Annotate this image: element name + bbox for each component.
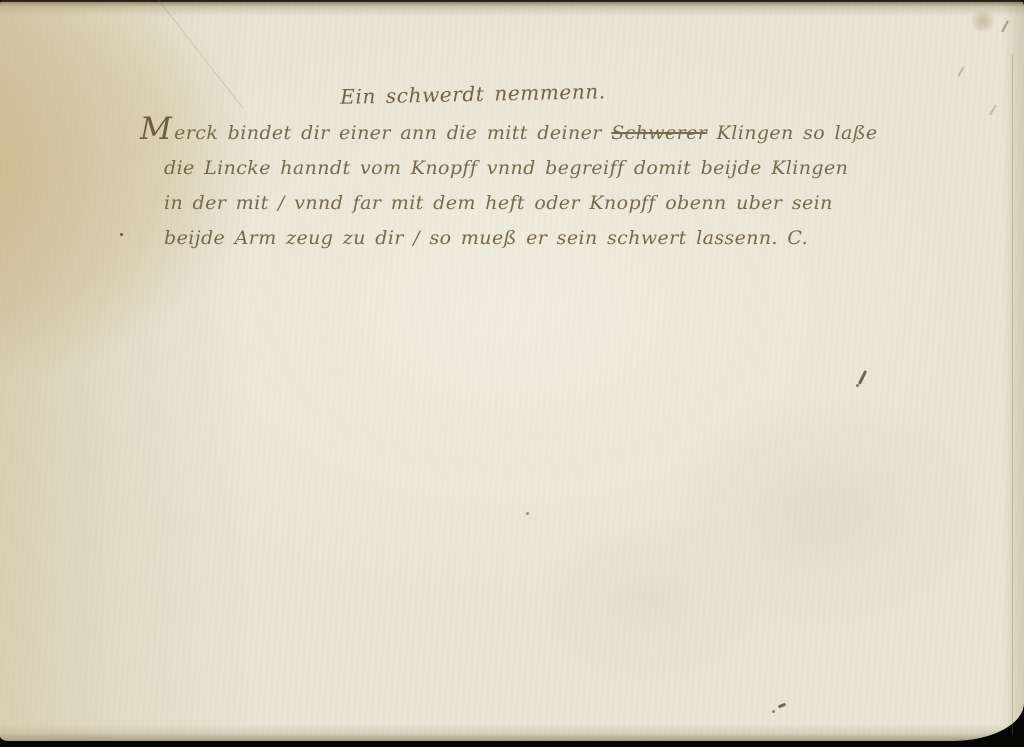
struck-word: Schwerer xyxy=(611,122,707,144)
ornate-initial: M xyxy=(140,111,172,147)
text-line: beijde Arm zeug zu dir / so mueß er sein… xyxy=(140,221,920,256)
text-line-1: erck bindet dir einer ann die mitt deine… xyxy=(174,122,611,144)
text-line: in der mit / vnnd far mit dem heft oder … xyxy=(140,186,920,221)
page-right-edge-line xyxy=(1012,55,1013,735)
page-title: Ein schwerdt nemmenn. xyxy=(338,79,608,109)
ink-stroke xyxy=(858,370,867,385)
ink-speck xyxy=(772,710,775,713)
body-text: Merck bindet dir einer ann die mitt dein… xyxy=(140,116,920,256)
ink-speck xyxy=(120,233,123,236)
text-line: die Lincke hanndt vom Knopff vnnd begrei… xyxy=(140,151,920,186)
ink-fleck xyxy=(778,703,787,709)
text-line-1-end: Klingen so laße xyxy=(707,122,877,144)
page-top-edge xyxy=(0,0,1024,2)
ink-speck xyxy=(526,512,529,515)
ink-speck xyxy=(856,384,859,387)
stain-smudge xyxy=(968,6,998,36)
paper-crease xyxy=(150,0,243,108)
text-line: Merck bindet dir einer ann die mitt dein… xyxy=(140,116,920,151)
manuscript-page: Ein schwerdt nemmenn. Merck bindet dir e… xyxy=(0,0,1024,741)
ink-tick xyxy=(1001,20,1009,32)
ink-dash xyxy=(989,104,997,115)
ink-dash xyxy=(957,66,964,77)
scan-background: { "page": { "kind": "manuscript-scan", "… xyxy=(0,0,1024,747)
